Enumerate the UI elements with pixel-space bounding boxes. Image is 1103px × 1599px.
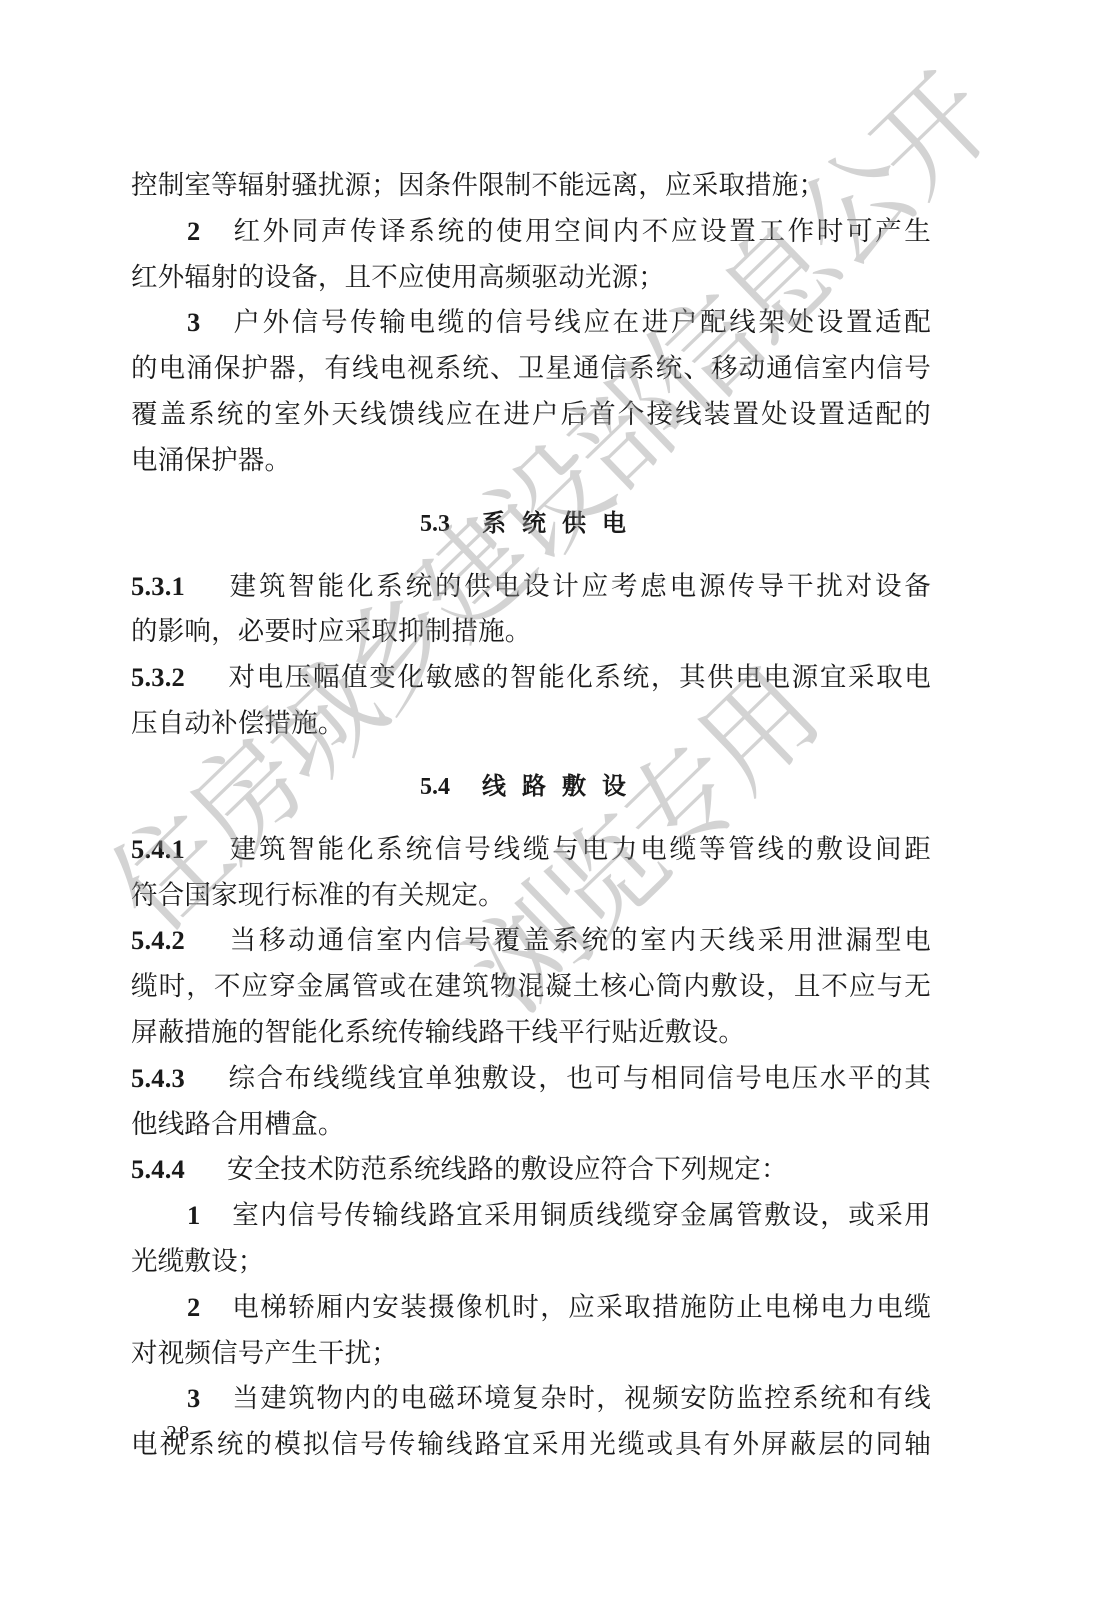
continuation-paragraph: 控制室等辐射骚扰源；因条件限制不能远离，应采取措施； [131, 163, 931, 209]
item-number: 3 [187, 1376, 231, 1422]
item-number: 1 [187, 1193, 231, 1239]
clause-number: 5.4.4 [131, 1147, 227, 1193]
text-line: 5.4.4安全技术防范系统线路的敷设应符合下列规定： [131, 1147, 931, 1193]
clause-number: 5.3.1 [131, 564, 227, 610]
text-line: 5.3.2对电压幅值变化敏感的智能化系统，其供电电源宜采取电 [131, 655, 931, 701]
clause-5-4-1: 5.4.1建筑智能化系统信号线缆与电力电缆等管线的敷设间距 符合国家现行标准的有… [131, 827, 931, 919]
clause-text: 当移动通信室内信号覆盖系统的室内天线采用泄漏型电 [227, 925, 931, 956]
section-number: 5.4 [420, 774, 450, 800]
list-item-2: 2电梯轿厢内安装摄像机时，应采取措施防止电梯电力电缆 对视频信号产生干扰； [131, 1285, 931, 1377]
text-line: 电涌保护器。 [131, 438, 931, 484]
text-line: 屏蔽措施的智能化系统传输线路干线平行贴近敷设。 [131, 1010, 931, 1056]
clause-text: 对电压幅值变化敏感的智能化系统，其供电电源宜采取电 [227, 662, 931, 693]
text-line: 覆盖系统的室外天线馈线应在进户后首个接线装置处设置适配的 [131, 392, 931, 438]
text-line: 符合国家现行标准的有关规定。 [131, 873, 931, 919]
item-text: 电梯轿厢内安装摄像机时，应采取措施防止电梯电力电缆 [231, 1292, 931, 1323]
text-line: 1室内信号传输线路宜采用铜质线缆穿金属管敷设，或采用 [131, 1193, 931, 1239]
clause-text: 安全技术防范系统线路的敷设应符合下列规定： [227, 1154, 788, 1185]
clause-text: 综合布线缆线宜单独敷设，也可与相同信号电压水平的其 [227, 1063, 931, 1094]
list-item-1: 1室内信号传输线路宜采用铜质线缆穿金属管敷设，或采用 光缆敷设； [131, 1193, 931, 1285]
text-line: 5.4.1建筑智能化系统信号线缆与电力电缆等管线的敷设间距 [131, 827, 931, 873]
text-line: 缆时，不应穿金属管或在建筑物混凝土核心筒内敷设，且不应与无 [131, 964, 931, 1010]
clause-number: 5.3.2 [131, 655, 227, 701]
clause-number: 5.4.2 [131, 918, 227, 964]
page-number: · 28 · [150, 1421, 208, 1446]
clause-text: 建筑智能化系统信号线缆与电力电缆等管线的敷设间距 [227, 834, 931, 865]
text-line: 5.3.1建筑智能化系统的供电设计应考虑电源传导干扰对设备 [131, 564, 931, 610]
clause-5-4-4: 5.4.4安全技术防范系统线路的敷设应符合下列规定： 1室内信号传输线路宜采用铜… [131, 1147, 931, 1468]
item-text: 当建筑物内的电磁环境复杂时，视频安防监控系统和有线 [231, 1383, 931, 1414]
text-line: 的影响，必要时应采取抑制措施。 [131, 609, 931, 655]
section-number: 5.3 [420, 511, 450, 537]
text-line: 光缆敷设； [131, 1239, 931, 1285]
text-line: 5.4.3综合布线缆线宜单独敷设，也可与相同信号电压水平的其 [131, 1056, 931, 1102]
item-number: 2 [187, 209, 231, 255]
clause-5-3-2: 5.3.2对电压幅值变化敏感的智能化系统，其供电电源宜采取电 压自动补偿措施。 [131, 655, 931, 747]
item-text: 红外同声传译系统的使用空间内不应设置工作时可产生 [231, 216, 931, 247]
text-line: 对视频信号产生干扰； [131, 1331, 931, 1377]
text-line: 红外辐射的设备，且不应使用高频驱动光源； [131, 255, 931, 301]
page-content: 控制室等辐射骚扰源；因条件限制不能远离，应采取措施； 2红外同声传译系统的使用空… [131, 163, 931, 1468]
text-line: 的电涌保护器，有线电视系统、卫星通信系统、移动通信室内信号 [131, 346, 931, 392]
text-line: 3户外信号传输电缆的信号线应在进户配线架处设置适配 [131, 300, 931, 346]
section-title: 线路敷设 [482, 772, 642, 800]
text-line: 电视系统的模拟信号传输线路宜采用光缆或具有外屏蔽层的同轴 [131, 1422, 931, 1468]
text-line: 2红外同声传译系统的使用空间内不应设置工作时可产生 [131, 209, 931, 255]
section-title: 系统供电 [482, 509, 642, 537]
clause-number: 5.4.1 [131, 827, 227, 873]
text-line: 5.4.2当移动通信室内信号覆盖系统的室内天线采用泄漏型电 [131, 918, 931, 964]
text-line: 3当建筑物内的电磁环境复杂时，视频安防监控系统和有线 [131, 1376, 931, 1422]
text-line: 他线路合用槽盒。 [131, 1102, 931, 1148]
item-number: 3 [187, 300, 231, 346]
clause-5-3-1: 5.3.1建筑智能化系统的供电设计应考虑电源传导干扰对设备 的影响，必要时应采取… [131, 564, 931, 656]
clause-text: 建筑智能化系统的供电设计应考虑电源传导干扰对设备 [227, 571, 931, 602]
section-heading-5-3: 5.3系统供电 [131, 500, 931, 546]
text-line: 2电梯轿厢内安装摄像机时，应采取措施防止电梯电力电缆 [131, 1285, 931, 1331]
list-item-3: 3当建筑物内的电磁环境复杂时，视频安防监控系统和有线 电视系统的模拟信号传输线路… [131, 1376, 931, 1468]
clause-number: 5.4.3 [131, 1056, 227, 1102]
document-page: 控制室等辐射骚扰源；因条件限制不能远离，应采取措施； 2红外同声传译系统的使用空… [0, 0, 1103, 1599]
text-line: 压自动补偿措施。 [131, 701, 931, 747]
item-text: 户外信号传输电缆的信号线应在进户配线架处设置适配 [231, 307, 931, 338]
item-text: 室内信号传输线路宜采用铜质线缆穿金属管敷设，或采用 [231, 1200, 931, 1231]
text-line: 控制室等辐射骚扰源；因条件限制不能远离，应采取措施； [131, 163, 931, 209]
list-item-3: 3户外信号传输电缆的信号线应在进户配线架处设置适配 的电涌保护器，有线电视系统、… [131, 300, 931, 483]
item-number: 2 [187, 1285, 231, 1331]
list-item-2: 2红外同声传译系统的使用空间内不应设置工作时可产生 红外辐射的设备，且不应使用高… [131, 209, 931, 301]
clause-5-4-2: 5.4.2当移动通信室内信号覆盖系统的室内天线采用泄漏型电 缆时，不应穿金属管或… [131, 918, 931, 1055]
clause-5-4-3: 5.4.3综合布线缆线宜单独敷设，也可与相同信号电压水平的其 他线路合用槽盒。 [131, 1056, 931, 1148]
section-heading-5-4: 5.4线路敷设 [131, 763, 931, 809]
